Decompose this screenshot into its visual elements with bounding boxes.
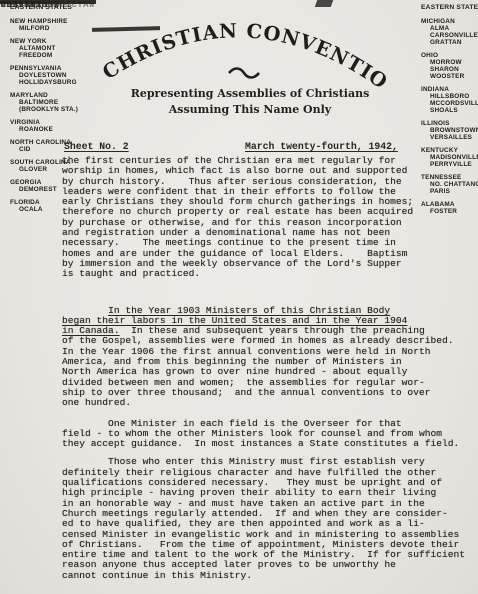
text-line: is taught and practiced. — [62, 269, 476, 279]
document-body: the first centuries of the Christian era… — [62, 156, 476, 581]
subtitle-line-1: Representing Assemblies of Christians — [95, 87, 405, 100]
text-line: divided between men and women; the assem… — [62, 378, 476, 388]
state-name: VIRGINIA — [10, 119, 105, 126]
letterhead-subtitle: Representing Assemblies of Christians As… — [95, 87, 405, 116]
text-line: In the Year 1903 Ministers of this Chris… — [62, 306, 476, 316]
text-line: necessary. The meetings continue to the … — [62, 238, 476, 248]
state-group: VIRGINIAROANOKE — [10, 119, 105, 133]
text-line: censed Minister in evangelistic work and… — [62, 530, 476, 540]
text-line: reason anyone thus accepted later proves… — [62, 560, 476, 570]
flourish-ornament-icon — [229, 69, 259, 78]
paragraph: the first centuries of the Christian era… — [62, 156, 476, 280]
paragraph: In the Year 1903 Ministers of this Chris… — [62, 306, 476, 409]
text-line: by church history. Thus after serious co… — [62, 177, 476, 187]
text-line: homes and are under the guidance of loca… — [62, 249, 476, 259]
city-name: ROANOKE — [10, 126, 105, 133]
text-line: America, and from this beginning the num… — [62, 357, 476, 367]
text-line: field - to whom the other Ministers look… — [62, 429, 476, 439]
document-date: March twenty-fourth, 1942, — [245, 141, 398, 152]
text-line: therefore no church property or real est… — [62, 207, 476, 217]
text-line: Church meetings regularly attended. If a… — [62, 509, 476, 519]
text-line: entire time and talent to the work of th… — [62, 550, 476, 560]
subtitle-line-2: Assuming This Name Only — [95, 103, 405, 116]
text-line: North America has grown to over nine hun… — [62, 367, 476, 377]
text-line: by purchase or otherwise, and for this r… — [62, 218, 476, 228]
text-line: early Christians they should form church… — [62, 197, 476, 207]
paragraph: One Minister in each field is the Overse… — [62, 419, 476, 450]
text-line: the first centuries of the Christian era… — [62, 156, 476, 166]
city-name: VERSAILLES — [421, 134, 478, 141]
text-line: one hundred. — [62, 398, 476, 408]
sheet-number: Sheet No. 2 — [64, 141, 129, 152]
text-line: began their labors in the United States … — [62, 316, 476, 326]
state-group: ILLINOISBROWNSTOWNVERSAILLES — [421, 120, 478, 141]
text-line: in an honorable way - and must have take… — [62, 499, 476, 509]
sheet-date-row: Sheet No. 2 March twenty-fourth, 1942, — [0, 141, 478, 155]
text-line: qualifications considered necessary. The… — [62, 478, 476, 488]
text-line: by immersion and the weekly observance o… — [62, 259, 476, 269]
text-line: worship in homes, which fact is also bor… — [62, 166, 476, 176]
scanned-document-page: EASTERN STATES NEW HAMPSHIREMILFORDNEW Y… — [0, 0, 478, 594]
text-line: cannot continue in this Ministry. — [62, 571, 476, 581]
city-name: BROWNSTOWN — [421, 127, 478, 134]
text-line: of Christians. From the time of appointm… — [62, 540, 476, 550]
text-line: leaders were confident that in their eff… — [62, 187, 476, 197]
text-line: and registration under a denominational … — [62, 228, 476, 238]
letterhead-title: CHRISTIAN CONVENTIONS — [0, 0, 392, 94]
text-line: they accept guidance. In most instances … — [62, 439, 476, 449]
text-line: high principle - having proven their abi… — [62, 488, 476, 498]
text-line: definitely their religious character and… — [62, 468, 476, 478]
text-line: In the Year 1906 the first annual conven… — [62, 347, 476, 357]
bleed-through-text: WAYSIDE DIVISION — [0, 0, 94, 10]
text-line: ship to over three thousand; and the ann… — [62, 388, 476, 398]
state-name: ILLINOIS — [421, 120, 478, 127]
text-line: One Minister in each field is the Overse… — [62, 419, 476, 429]
text-line: ed to have qualified, they are then appo… — [62, 519, 476, 529]
text-line: in Canada. In these and subsequent years… — [62, 326, 476, 336]
text-line: of the Gospel, assemblies were formed in… — [62, 336, 476, 346]
text-line: Those who enter this Ministry must first… — [62, 457, 476, 467]
paragraph: Those who enter this Ministry must first… — [62, 457, 476, 581]
svg-text:CHRISTIAN CONVENTIONS: CHRISTIAN CONVENTIONS — [0, 0, 392, 94]
